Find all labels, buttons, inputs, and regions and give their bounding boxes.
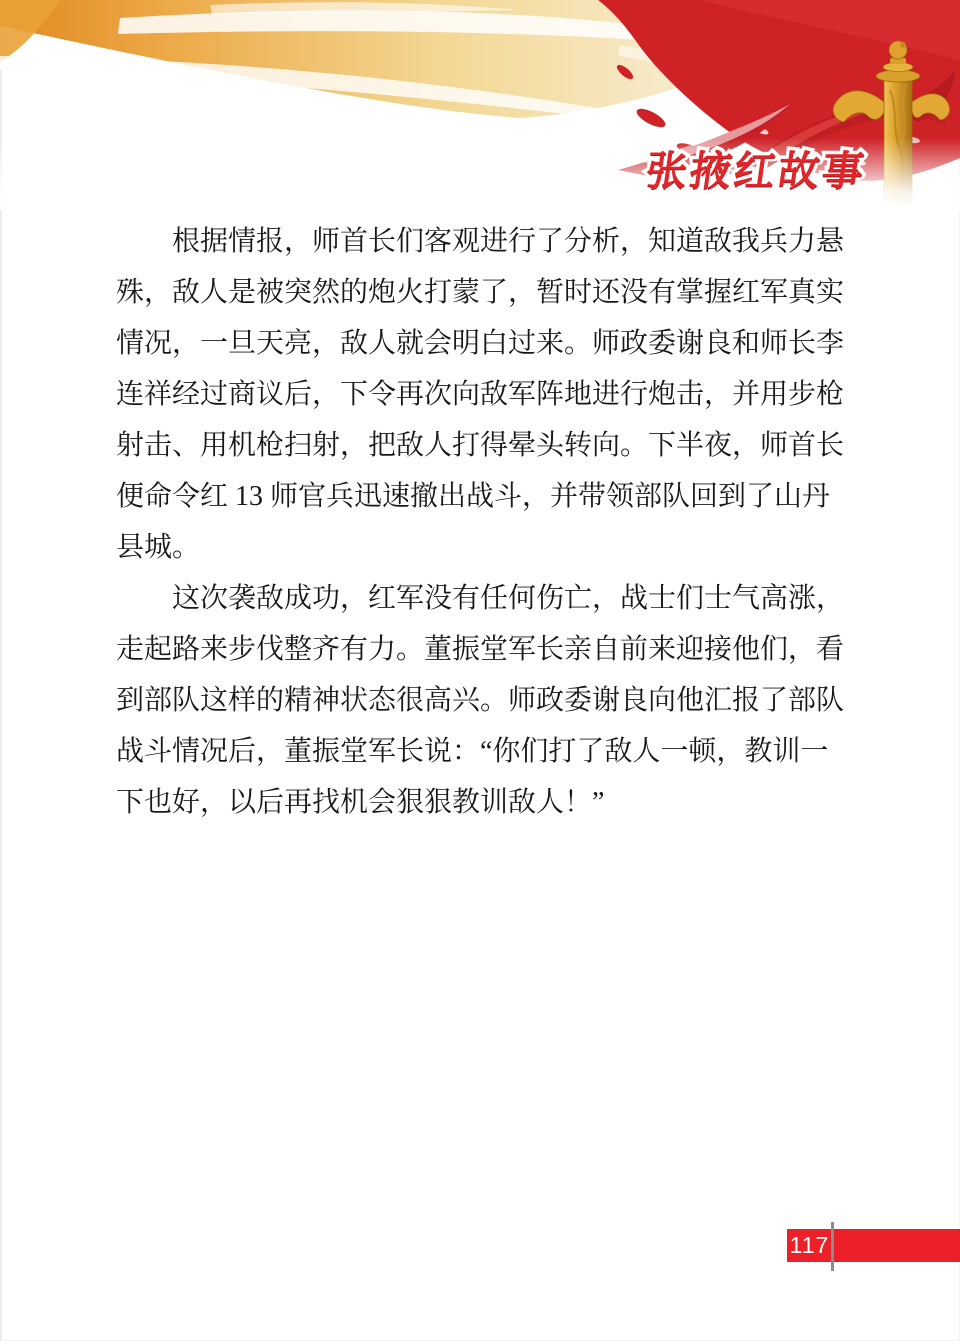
text-line: 连祥经过商议后，下令再次向敌军阵地进行炮击，并用步枪 <box>116 369 846 420</box>
page-header-title: 张掖红故事 张掖红故事 <box>642 143 910 203</box>
header-decoration: 张掖红故事 张掖红故事 <box>0 0 960 210</box>
text-line: 射击、用机枪扫射，把敌人打得晕头转向。下半夜，师首长 <box>116 420 846 471</box>
text-line: 下也好，以后再找机会狠狠教训敌人！” <box>116 777 846 828</box>
page-header-title-text: 张掖红故事 <box>642 143 870 199</box>
text-line: 根据情报，师首长们客观进行了分析，知道敌我兵力悬 <box>116 216 846 267</box>
text-line: 县城。 <box>116 522 846 573</box>
page-number: 117 <box>787 1229 832 1262</box>
book-page: 张掖红故事 张掖红故事 根据情报，师首长们客观进行了分析，知道敌我兵力悬 殊，敌… <box>0 0 960 1341</box>
page-number-divider <box>831 1222 834 1271</box>
text-line: 这次袭敌成功，红军没有任何伤亡，战士们士气高涨， <box>116 573 846 624</box>
text-line: 殊，敌人是被突然的炮火打蒙了，暂时还没有掌握红军真实 <box>116 267 846 318</box>
text-line: 到部队这样的精神状态很高兴。师政委谢良向他汇报了部队 <box>116 675 846 726</box>
text-line: 情况，一旦天亮，敌人就会明白过来。师政委谢良和师长李 <box>116 318 846 369</box>
text-line: 战斗情况后，董振堂军长说：“你们打了敌人一顿，教训一 <box>116 726 846 777</box>
body-text: 根据情报，师首长们客观进行了分析，知道敌我兵力悬 殊，敌人是被突然的炮火打蒙了，… <box>116 216 846 828</box>
text-line: 便命令红 13 师官兵迅速撤出战斗，并带领部队回到了山丹 <box>116 471 846 522</box>
text-line: 走起路来步伐整齐有力。董振堂军长亲自前来迎接他们，看 <box>116 624 846 675</box>
